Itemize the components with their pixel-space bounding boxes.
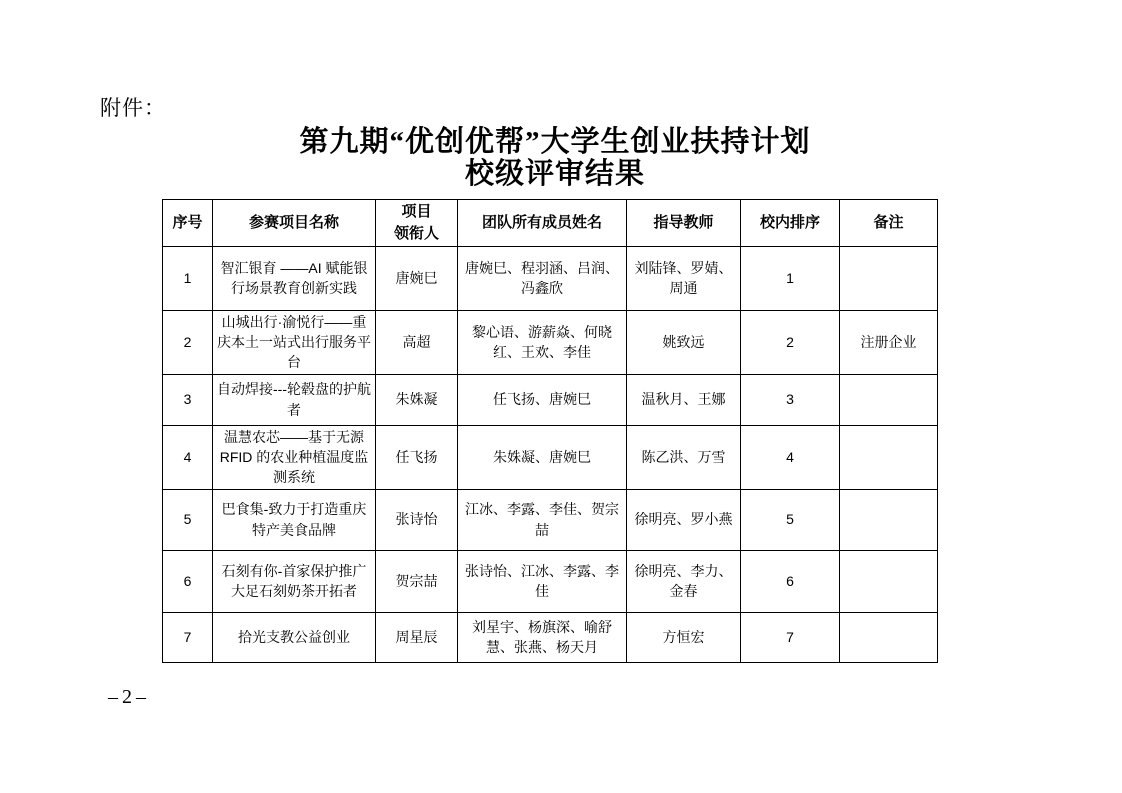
cell-project: 智汇银育 ——AI 赋能银行场景教育创新实践 bbox=[213, 246, 376, 310]
cell-seq: 4 bbox=[163, 425, 213, 489]
document-page: 附件： 第九期“优创优帮”大学生创业扶持计划 校级评审结果 序号 参赛项目名称 … bbox=[0, 0, 1122, 793]
cell-note bbox=[840, 550, 938, 612]
cell-seq: 3 bbox=[163, 374, 213, 425]
cell-project: 巴食集-致力于打造重庆特产美食品牌 bbox=[213, 489, 376, 550]
cell-teachers: 温秋月、王娜 bbox=[627, 374, 741, 425]
cell-rank: 3 bbox=[741, 374, 840, 425]
cell-leader: 张诗怡 bbox=[376, 489, 458, 550]
cell-project: 自动焊接---轮毂盘的护航者 bbox=[213, 374, 376, 425]
page-number: –2– bbox=[108, 686, 150, 709]
column-header-leader: 项目 领衔人 bbox=[376, 200, 458, 247]
cell-rank: 5 bbox=[741, 489, 840, 550]
table-row: 7 拾光支教公益创业 周星辰 刘星宇、杨旗深、喻舒慧、张燕、杨天月 方恒宏 7 bbox=[163, 612, 938, 662]
cell-teachers: 徐明亮、李力、金春 bbox=[627, 550, 741, 612]
cell-members: 刘星宇、杨旗深、喻舒慧、张燕、杨天月 bbox=[458, 612, 627, 662]
table-row: 4 温慧农芯——基于无源RFID 的农业种植温度监测系统 任飞扬 朱姝凝、唐婉巳… bbox=[163, 425, 938, 489]
cell-teachers: 姚致远 bbox=[627, 310, 741, 374]
cell-rank: 4 bbox=[741, 425, 840, 489]
cell-leader: 朱姝凝 bbox=[376, 374, 458, 425]
cell-rank: 2 bbox=[741, 310, 840, 374]
cell-members: 朱姝凝、唐婉巳 bbox=[458, 425, 627, 489]
cell-note bbox=[840, 612, 938, 662]
cell-members: 任飞扬、唐婉巳 bbox=[458, 374, 627, 425]
cell-leader: 高超 bbox=[376, 310, 458, 374]
review-results-table: 序号 参赛项目名称 项目 领衔人 团队所有成员姓名 指导教师 校内排序 备注 1… bbox=[162, 199, 938, 663]
document-title-line2: 校级评审结果 bbox=[0, 158, 1110, 190]
cell-leader: 任飞扬 bbox=[376, 425, 458, 489]
cell-rank: 6 bbox=[741, 550, 840, 612]
cell-leader: 唐婉巳 bbox=[376, 246, 458, 310]
table-row: 2 山城出行·渝悦行——重庆本土一站式出行服务平台 高超 黎心语、游薪焱、何晓红… bbox=[163, 310, 938, 374]
table-row: 6 石刻有你-首家保护推广大足石刻奶茶开拓者 贺宗喆 张诗怡、江冰、李露、李佳 … bbox=[163, 550, 938, 612]
cell-rank: 1 bbox=[741, 246, 840, 310]
cell-teachers: 徐明亮、罗小燕 bbox=[627, 489, 741, 550]
column-header-note: 备注 bbox=[840, 200, 938, 247]
cell-members: 张诗怡、江冰、李露、李佳 bbox=[458, 550, 627, 612]
cell-leader: 周星辰 bbox=[376, 612, 458, 662]
cell-seq: 2 bbox=[163, 310, 213, 374]
document-title-line1: 第九期“优创优帮”大学生创业扶持计划 bbox=[0, 126, 1110, 158]
table-header-row: 序号 参赛项目名称 项目 领衔人 团队所有成员姓名 指导教师 校内排序 备注 bbox=[163, 200, 938, 247]
cell-project: 拾光支教公益创业 bbox=[213, 612, 376, 662]
cell-teachers: 刘陆锋、罗婧、周通 bbox=[627, 246, 741, 310]
attachment-label: 附件： bbox=[100, 92, 166, 122]
column-header-teachers: 指导教师 bbox=[627, 200, 741, 247]
cell-project: 石刻有你-首家保护推广大足石刻奶茶开拓者 bbox=[213, 550, 376, 612]
cell-teachers: 方恒宏 bbox=[627, 612, 741, 662]
cell-members: 黎心语、游薪焱、何晓红、王欢、李佳 bbox=[458, 310, 627, 374]
cell-seq: 1 bbox=[163, 246, 213, 310]
cell-rank: 7 bbox=[741, 612, 840, 662]
table-row: 5 巴食集-致力于打造重庆特产美食品牌 张诗怡 江冰、李露、李佳、贺宗喆 徐明亮… bbox=[163, 489, 938, 550]
cell-members: 唐婉巳、程羽涵、吕润、冯鑫欣 bbox=[458, 246, 627, 310]
cell-note bbox=[840, 374, 938, 425]
column-header-project: 参赛项目名称 bbox=[213, 200, 376, 247]
column-header-members: 团队所有成员姓名 bbox=[458, 200, 627, 247]
cell-project: 山城出行·渝悦行——重庆本土一站式出行服务平台 bbox=[213, 310, 376, 374]
cell-note bbox=[840, 489, 938, 550]
table-row: 3 自动焊接---轮毂盘的护航者 朱姝凝 任飞扬、唐婉巳 温秋月、王娜 3 bbox=[163, 374, 938, 425]
cell-teachers: 陈乙洪、万雪 bbox=[627, 425, 741, 489]
cell-note: 注册企业 bbox=[840, 310, 938, 374]
cell-seq: 7 bbox=[163, 612, 213, 662]
cell-seq: 6 bbox=[163, 550, 213, 612]
cell-seq: 5 bbox=[163, 489, 213, 550]
cell-note bbox=[840, 425, 938, 489]
cell-leader: 贺宗喆 bbox=[376, 550, 458, 612]
cell-project: 温慧农芯——基于无源RFID 的农业种植温度监测系统 bbox=[213, 425, 376, 489]
cell-note bbox=[840, 246, 938, 310]
table-row: 1 智汇银育 ——AI 赋能银行场景教育创新实践 唐婉巳 唐婉巳、程羽涵、吕润、… bbox=[163, 246, 938, 310]
document-title: 第九期“优创优帮”大学生创业扶持计划 校级评审结果 bbox=[0, 126, 1110, 190]
column-header-rank: 校内排序 bbox=[741, 200, 840, 247]
column-header-seq: 序号 bbox=[163, 200, 213, 247]
cell-members: 江冰、李露、李佳、贺宗喆 bbox=[458, 489, 627, 550]
